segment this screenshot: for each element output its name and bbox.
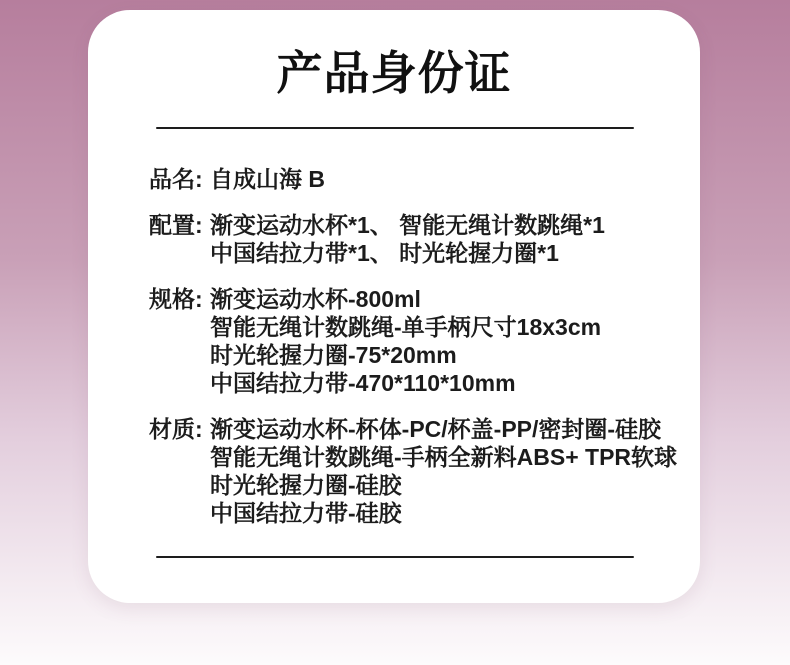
value-line: 渐变运动水杯-杯体-PC/杯盖-PP/密封圈-硅胶 xyxy=(210,415,677,443)
value-line: 中国结拉力带-硅胶 xyxy=(210,499,677,527)
field-value-product-name: 自成山海 B xyxy=(210,165,325,193)
field-row-specifications: 规格: 渐变运动水杯-800ml 智能无绳计数跳绳-单手柄尺寸18x3cm 时光… xyxy=(149,285,670,397)
value-line: 时光轮握力圈-硅胶 xyxy=(210,471,677,499)
product-identity-card: 产品身份证 品名: 自成山海 B 配置: 渐变运动水杯*1、 智能无绳计数跳绳*… xyxy=(88,10,700,603)
field-row-materials: 材质: 渐变运动水杯-杯体-PC/杯盖-PP/密封圈-硅胶 智能无绳计数跳绳-手… xyxy=(149,415,670,527)
divider-top xyxy=(156,127,634,129)
page-background: 产品身份证 品名: 自成山海 B 配置: 渐变运动水杯*1、 智能无绳计数跳绳*… xyxy=(0,0,790,665)
field-label-product-name: 品名: xyxy=(149,165,210,193)
value-line: 中国结拉力带-470*110*10mm xyxy=(210,369,601,397)
divider-bottom xyxy=(156,556,634,558)
value-line: 中国结拉力带*1、 时光轮握力圈*1 xyxy=(210,239,605,267)
field-value-configuration: 渐变运动水杯*1、 智能无绳计数跳绳*1 中国结拉力带*1、 时光轮握力圈*1 xyxy=(210,211,605,267)
value-line: 渐变运动水杯-800ml xyxy=(210,285,601,313)
page-title: 产品身份证 xyxy=(149,48,639,99)
value-line: 时光轮握力圈-75*20mm xyxy=(210,341,601,369)
field-label-configuration: 配置: xyxy=(149,211,210,239)
value-line: 自成山海 B xyxy=(210,165,325,193)
card-content: 产品身份证 品名: 自成山海 B 配置: 渐变运动水杯*1、 智能无绳计数跳绳*… xyxy=(88,10,700,558)
field-value-materials: 渐变运动水杯-杯体-PC/杯盖-PP/密封圈-硅胶 智能无绳计数跳绳-手柄全新料… xyxy=(210,415,677,527)
field-list: 品名: 自成山海 B 配置: 渐变运动水杯*1、 智能无绳计数跳绳*1 中国结拉… xyxy=(149,165,670,527)
field-row-product-name: 品名: 自成山海 B xyxy=(149,165,670,193)
value-line: 智能无绳计数跳绳-单手柄尺寸18x3cm xyxy=(210,313,601,341)
value-line: 渐变运动水杯*1、 智能无绳计数跳绳*1 xyxy=(210,211,605,239)
value-line: 智能无绳计数跳绳-手柄全新料ABS+ TPR软球 xyxy=(210,443,677,471)
field-label-materials: 材质: xyxy=(149,415,210,443)
field-value-specifications: 渐变运动水杯-800ml 智能无绳计数跳绳-单手柄尺寸18x3cm 时光轮握力圈… xyxy=(210,285,601,397)
field-label-specifications: 规格: xyxy=(149,285,210,313)
field-row-configuration: 配置: 渐变运动水杯*1、 智能无绳计数跳绳*1 中国结拉力带*1、 时光轮握力… xyxy=(149,211,670,267)
